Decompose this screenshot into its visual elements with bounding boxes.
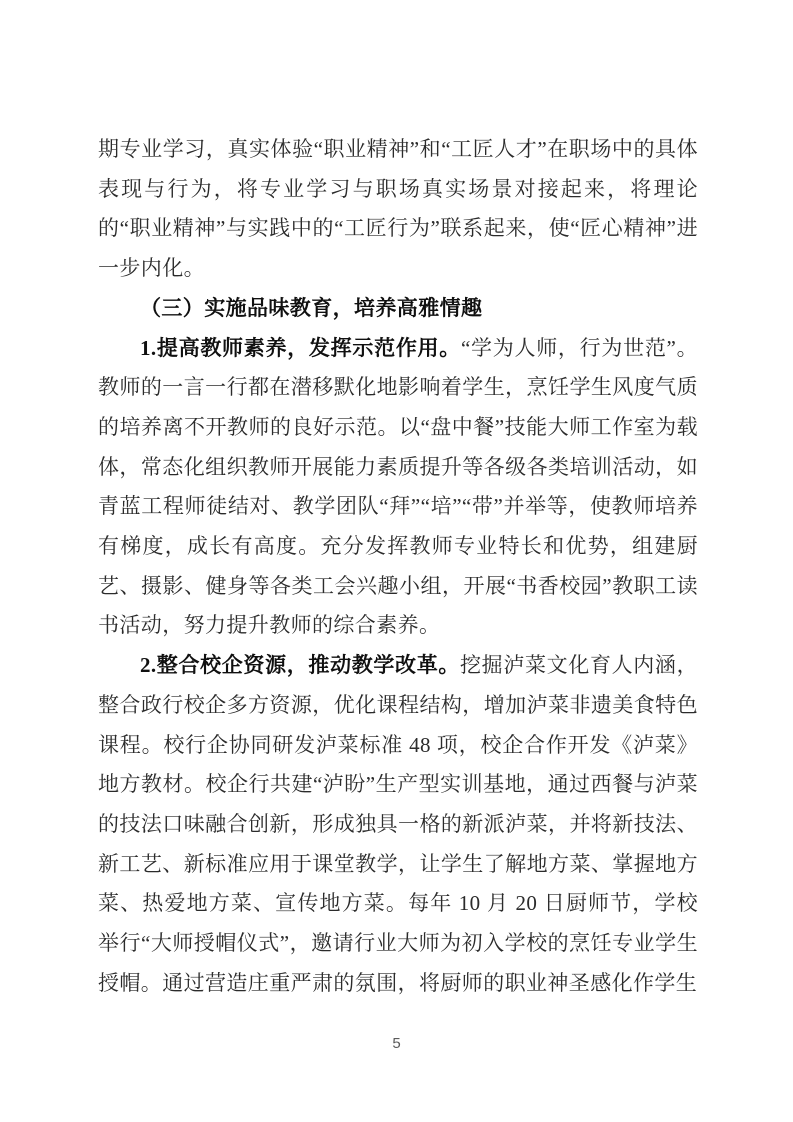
paragraph-text: 挖掘泸菜文化育人内涵，整合政行校企多方资源，优化课程结构，增加泸菜非遗美食特色课… <box>98 653 698 995</box>
numbered-paragraph-1: 1.提高教师素养，发挥示范作用。“学为人师，行为世范”。教师的一言一行都在潜移默… <box>98 329 698 647</box>
document-page: 期专业学习，真实体验“职业精神”和“工匠人才”在职场中的具体表现与行为，将专业学… <box>0 0 793 1122</box>
continuation-paragraph: 期专业学习，真实体验“职业精神”和“工匠人才”在职场中的具体表现与行为，将专业学… <box>98 130 698 289</box>
paragraph-text: 期专业学习，真实体验“职业精神”和“工匠人才”在职场中的具体表现与行为，将专业学… <box>98 137 698 280</box>
section-heading-text: （三）实施品味教育，培养高雅情趣 <box>140 296 482 320</box>
paragraph-lead-bold: 1.提高教师素养，发挥示范作用。 <box>140 336 461 360</box>
paragraph-lead-bold: 2.整合校企资源，推动教学改革。 <box>140 653 460 677</box>
document-body: 期专业学习，真实体验“职业精神”和“工匠人才”在职场中的具体表现与行为，将专业学… <box>98 130 698 1003</box>
paragraph-text: “学为人师，行为世范”。教师的一言一行都在潜移默化地影响着学生，烹饪学生风度气质… <box>98 336 698 638</box>
page-number: 5 <box>0 1034 793 1054</box>
section-heading: （三）实施品味教育，培养高雅情趣 <box>98 289 698 329</box>
numbered-paragraph-2: 2.整合校企资源，推动教学改革。挖掘泸菜文化育人内涵，整合政行校企多方资源，优化… <box>98 646 698 1003</box>
